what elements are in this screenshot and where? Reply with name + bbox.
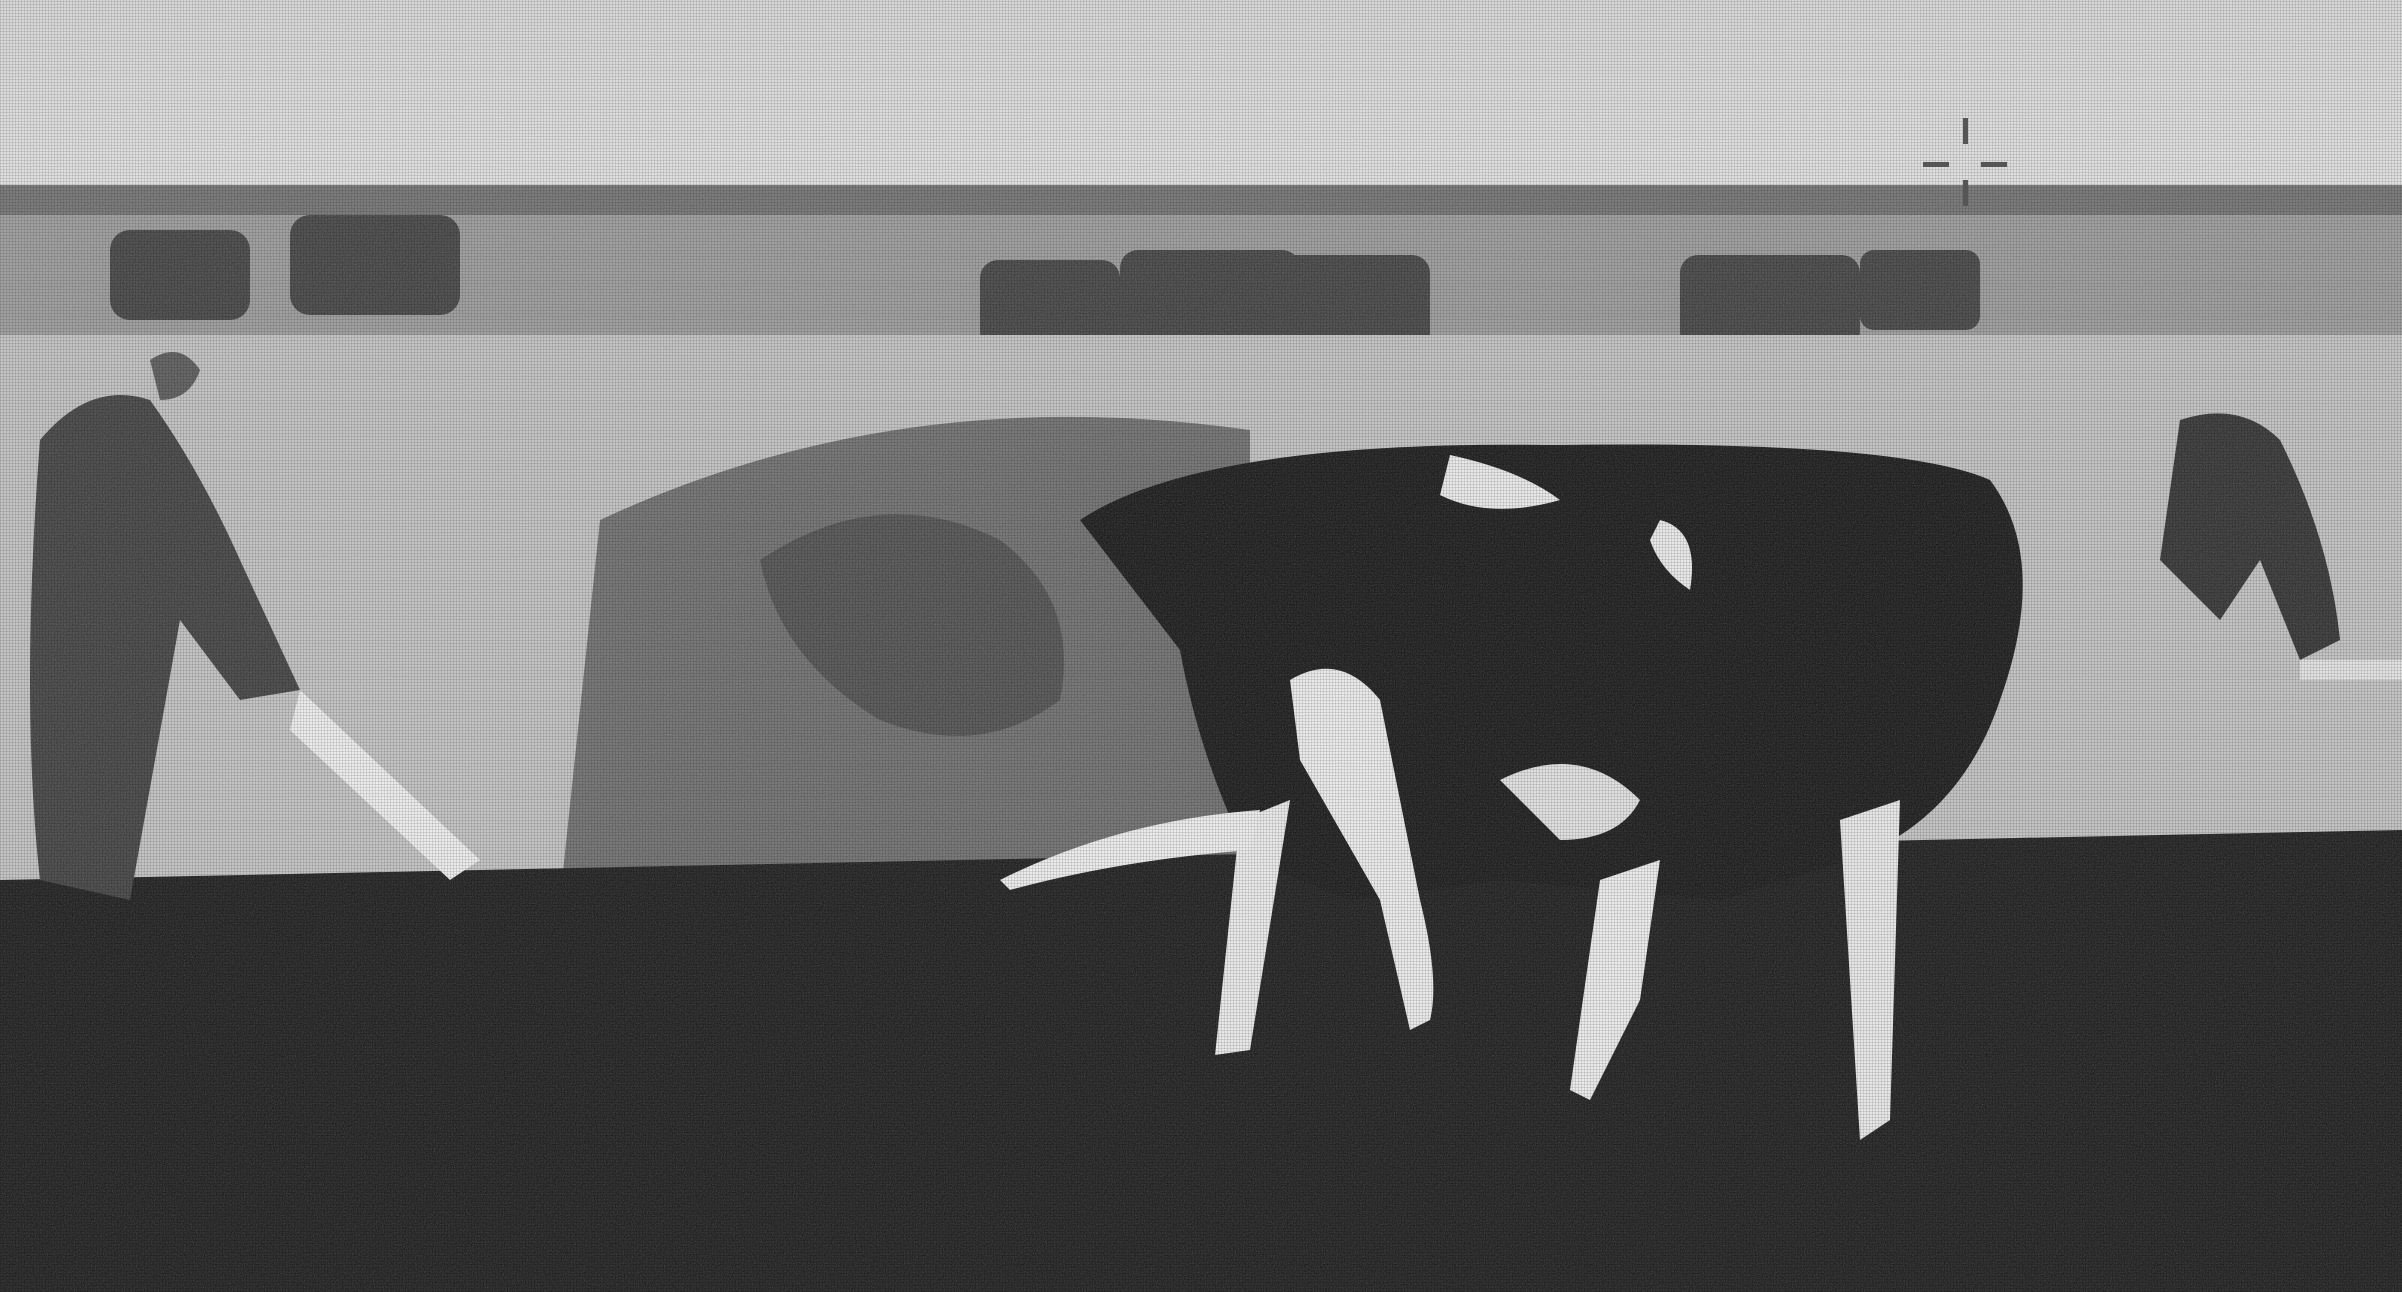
film-grain [0, 0, 2402, 1292]
photo-scene: Grainy black-and-white halftone photogra… [0, 0, 2402, 1292]
photo-illustration [0, 0, 2402, 1292]
crosshair-cursor-icon [1923, 118, 2007, 208]
